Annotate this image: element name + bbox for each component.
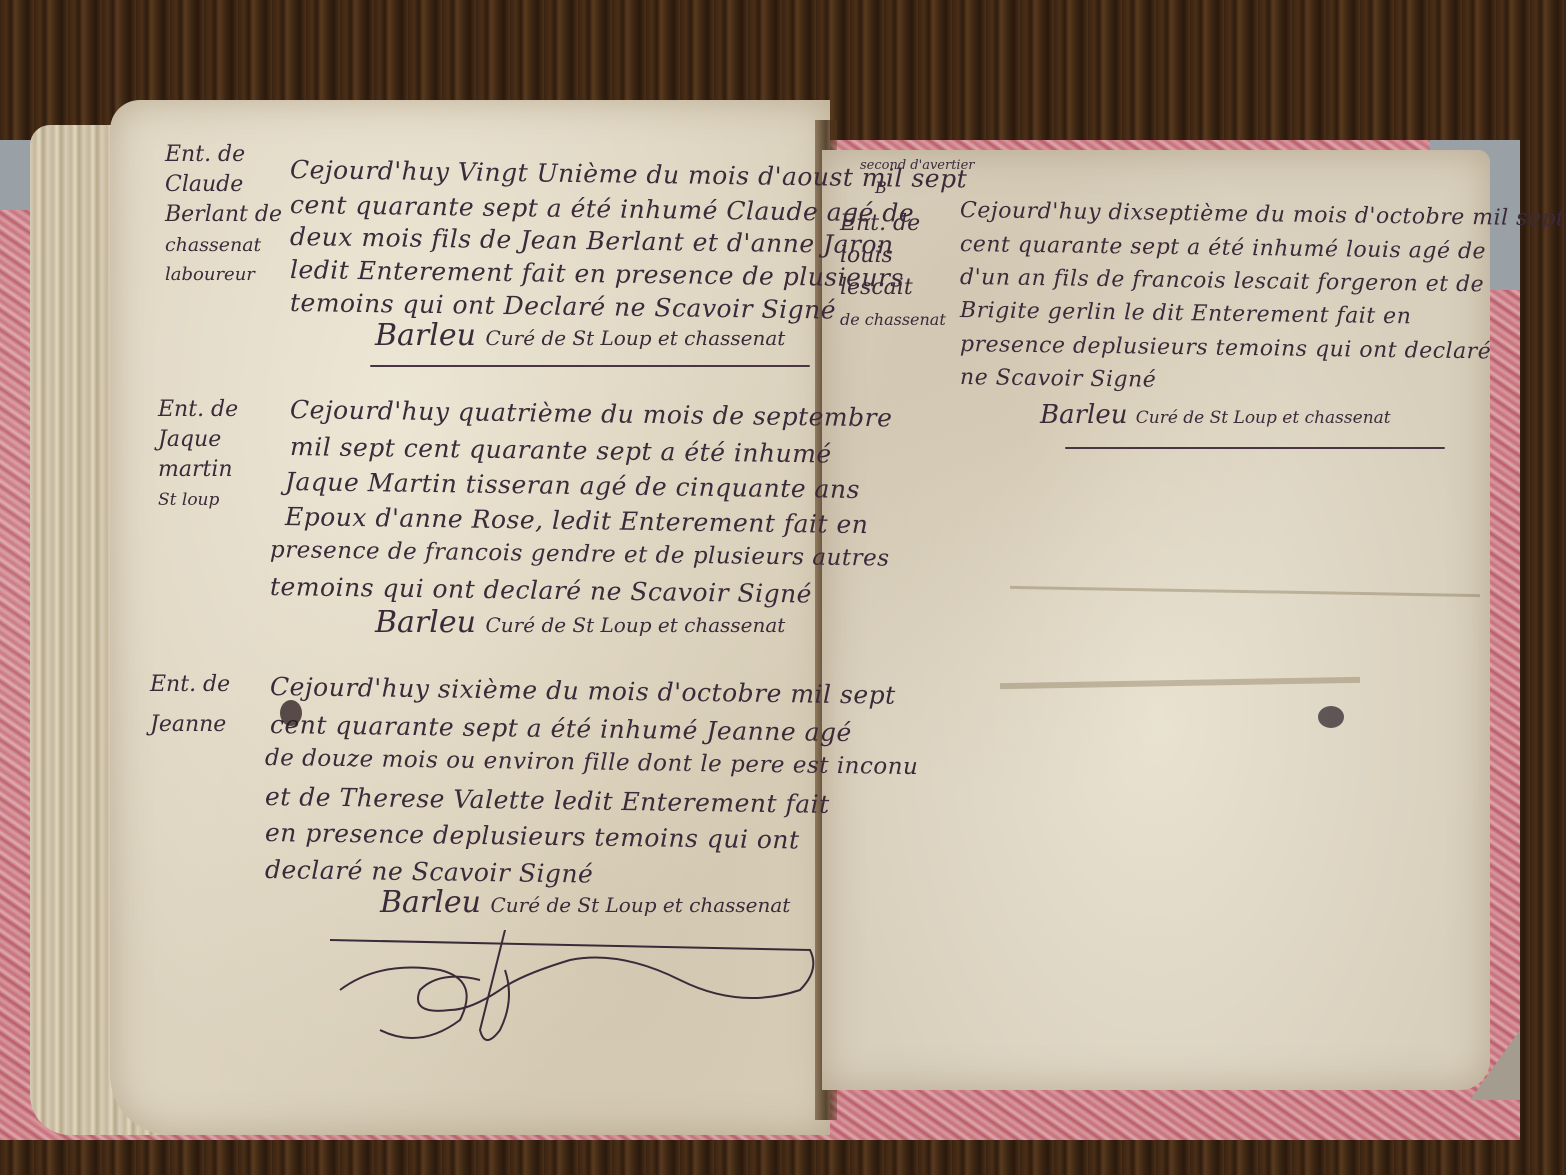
margin-line: Ent. de (158, 395, 238, 425)
separator-rule (370, 365, 810, 367)
ink-stain (280, 700, 302, 726)
margin-note: Ent. de louis lescait de chassenat (840, 208, 946, 336)
margin-line: St loup (158, 485, 238, 515)
signature: Barleu Curé de St Loup et chassenat (1040, 400, 1391, 430)
signature-name: Barleu (375, 318, 476, 353)
signature: Barleu Curé de St Loup et chassenat (375, 318, 785, 353)
signature: Barleu Curé de St Loup et chassenat (380, 885, 790, 920)
header-note: second d'avertier (860, 158, 975, 173)
margin-line: chassenat (165, 230, 282, 260)
margin-line: Ent. de (840, 208, 946, 240)
margin-note: Ent. de Jeanne (150, 665, 230, 745)
signature-name: Barleu (380, 885, 481, 920)
margin-line: Berlant de (165, 200, 282, 230)
ink-stain (1318, 706, 1344, 728)
signature-name: Barleu (1040, 400, 1127, 430)
margin-line: lescait (840, 272, 946, 304)
signature-title: Curé de St Loup et chassenat (486, 326, 786, 350)
margin-line: de chassenat (840, 304, 946, 336)
signature: Barleu Curé de St Loup et chassenat (375, 605, 785, 640)
entry-line: ne Scavoir Signé (960, 365, 1157, 393)
margin-line: laboureur (165, 260, 282, 290)
entry-line: declaré ne Scavoir Signé (265, 855, 594, 889)
signature-title: Curé de St Loup et chassenat (491, 893, 791, 917)
margin-line: louis (840, 240, 946, 272)
margin-line: martin (158, 455, 238, 485)
closing-flourish-icon (320, 930, 820, 1060)
header-mark: B (875, 178, 887, 197)
signature-title: Curé de St Loup et chassenat (1136, 408, 1391, 428)
signature-title: Curé de St Loup et chassenat (486, 613, 786, 637)
margin-line: Ent. de (150, 665, 230, 705)
separator-rule (1065, 447, 1445, 449)
margin-line: Claude (165, 170, 282, 200)
margin-line: Ent. de (165, 140, 282, 170)
signature-name: Barleu (375, 605, 476, 640)
margin-note: Ent. de Jaque martin St loup (158, 395, 238, 515)
margin-line: Jaque (158, 425, 238, 455)
margin-note: Ent. de Claude Berlant de chassenat labo… (165, 140, 282, 290)
margin-line: Jeanne (150, 705, 230, 745)
